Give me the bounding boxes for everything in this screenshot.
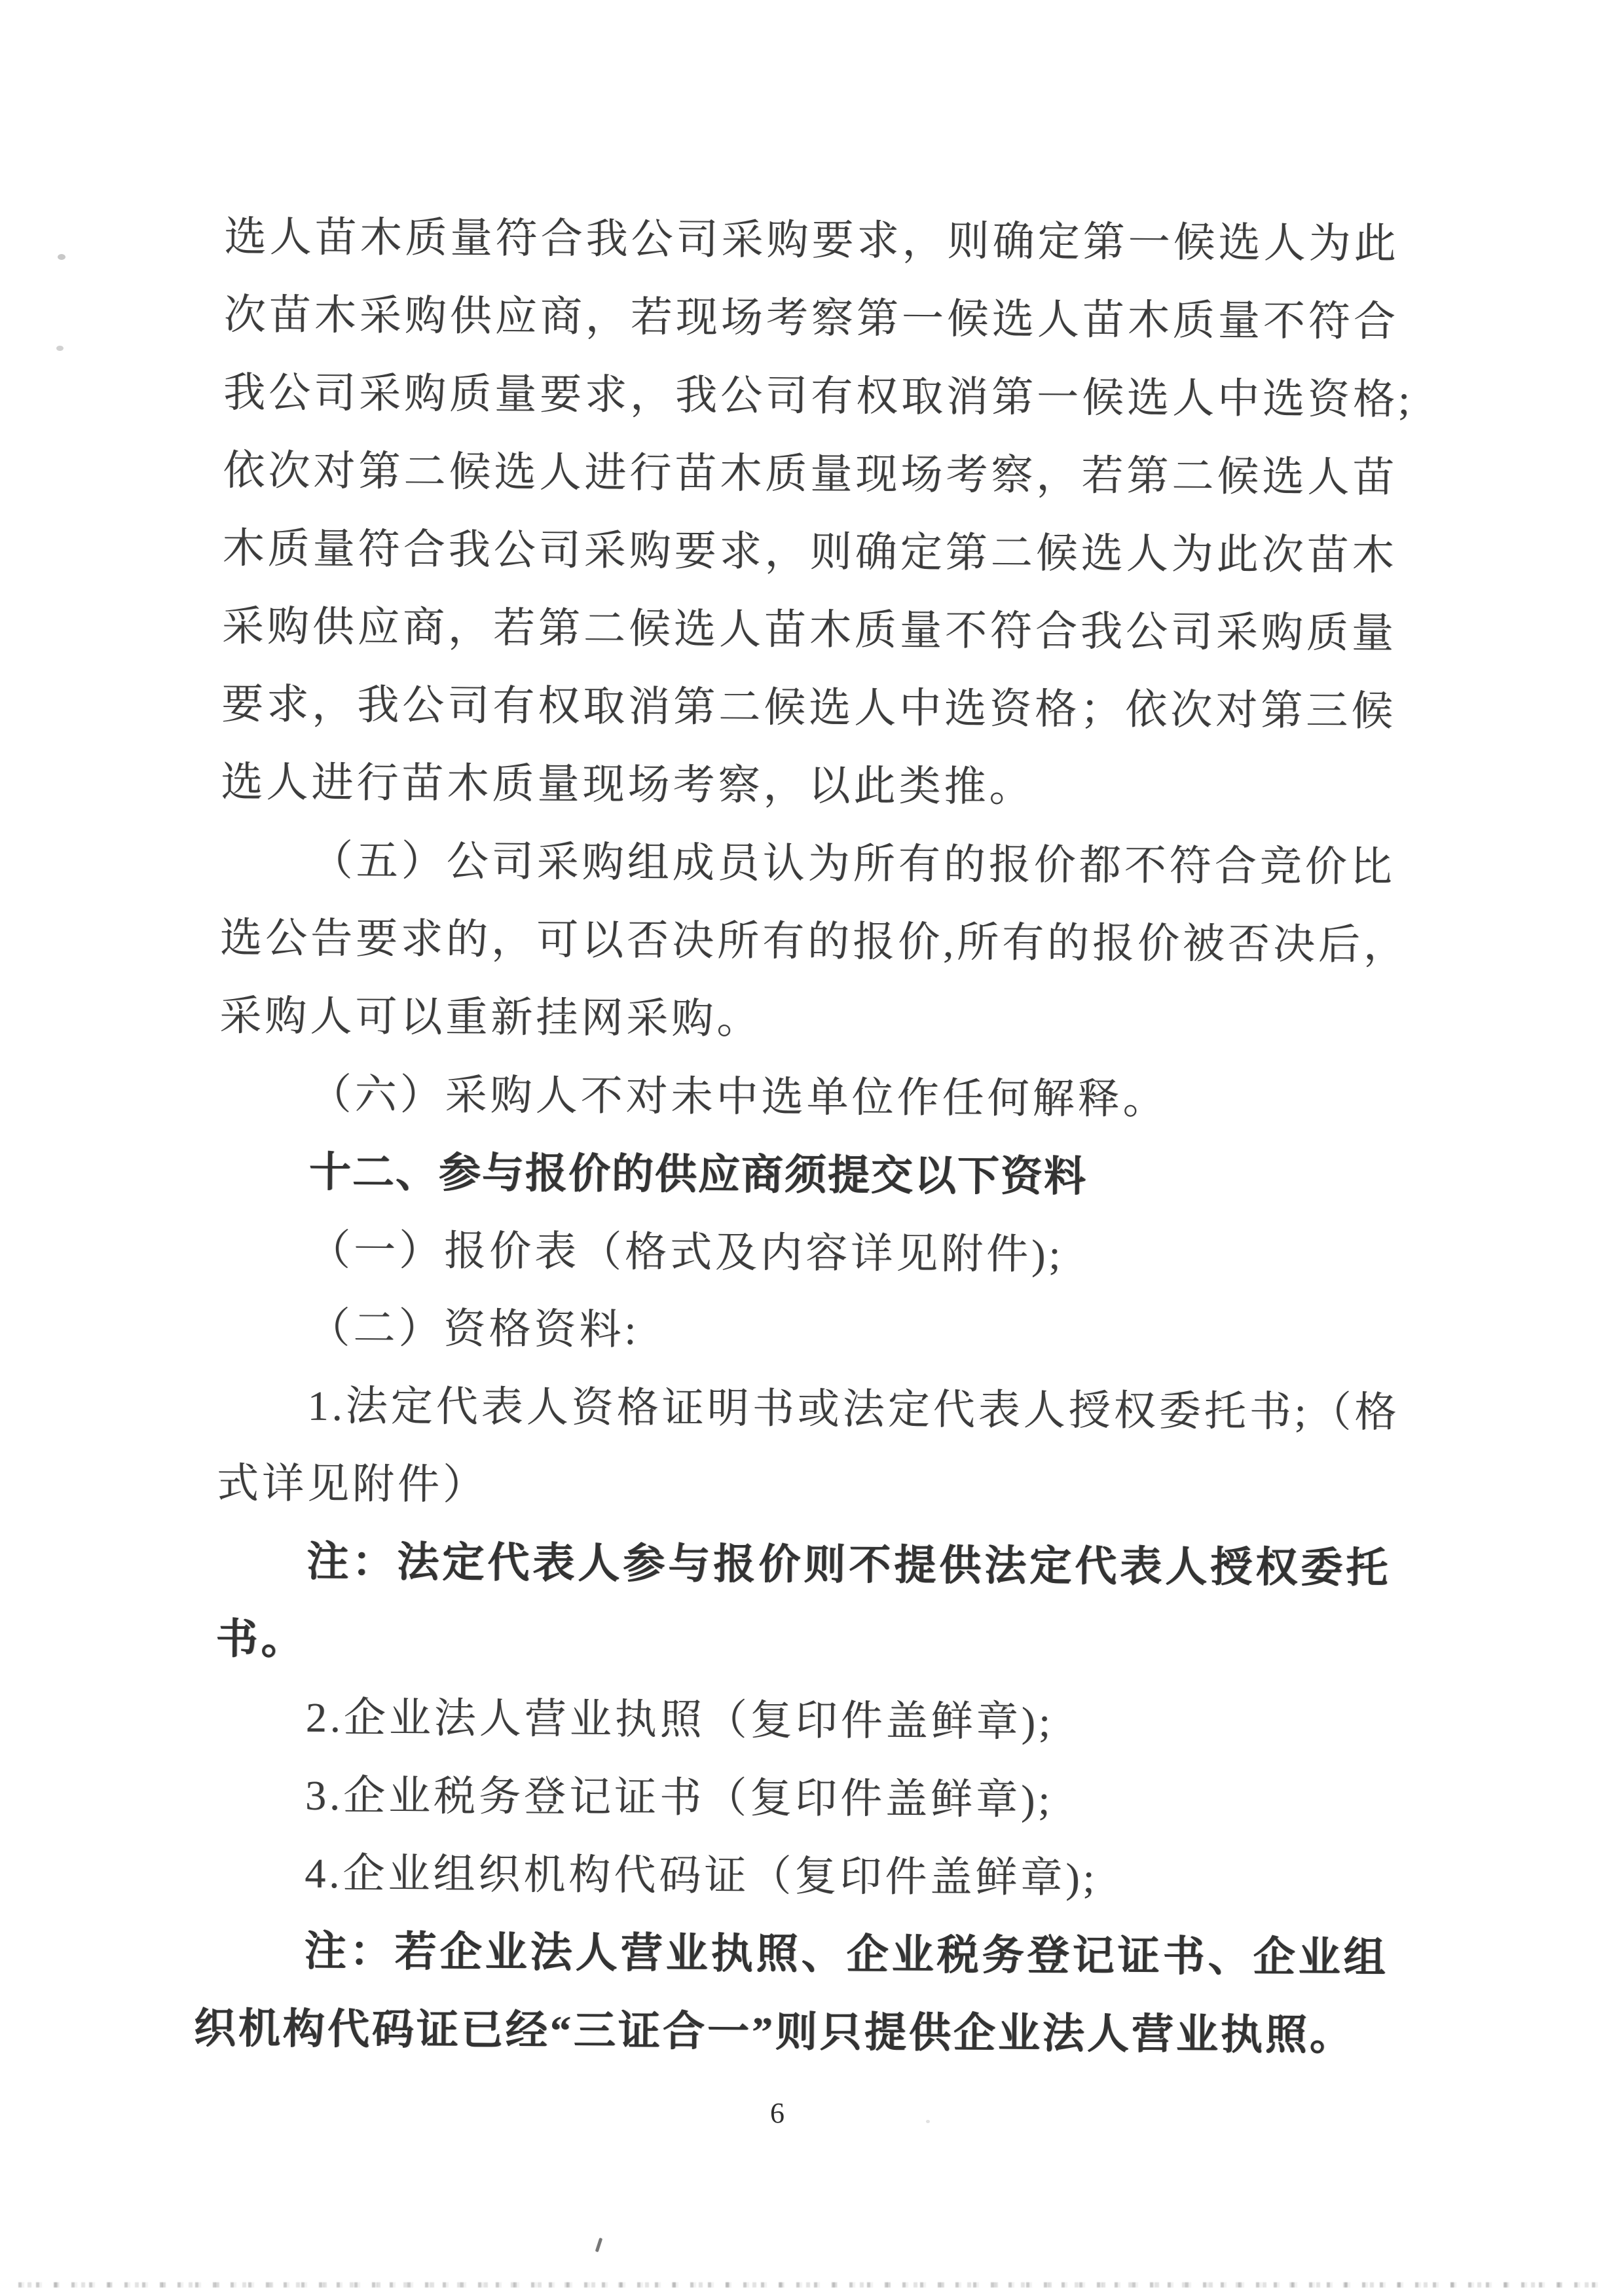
text-line: （二）资格资料: (217, 1288, 1407, 1374)
document-page: 选人苗木质量符合我公司采购要求，则确定第一候选人为此次苗木采购供应商，若现场考察… (0, 0, 1624, 2296)
ink-speck (926, 2120, 930, 2123)
text-line: 织机构代码证已经“三证合一”则只提供企业法人营业执照。 (194, 1990, 1403, 2075)
text-line: 注：法定代表人参与报价则不提供法定代表人授权委托 (216, 1522, 1405, 1607)
text-line: 要求，我公司有权取消第二候选人中选资格；依次对第三候 (221, 665, 1411, 750)
text-line: 注：若企业法人营业执照、企业税务登记证书、企业组 (213, 1912, 1403, 1997)
text-line: 1.法定代表人资格证明书或法定代表人授权委托书;（格 (217, 1366, 1406, 1451)
text-line: 采购人可以重新挂网采购。 (219, 977, 1409, 1062)
text-line: 2.企业法人营业执照（复印件盖鲜章); (215, 1678, 1404, 1763)
text-line: 4.企业组织机构代码证（复印件盖鲜章); (214, 1834, 1403, 1919)
ink-speck (56, 346, 64, 351)
text-line: 式详见附件） (217, 1444, 1406, 1529)
text-line: 选人苗木质量符合我公司采购要求，则确定第一候选人为此 (224, 198, 1413, 283)
text-line: （六）采购人不对未中选单位作任何解释。 (219, 1055, 1408, 1140)
text-line: （一）报价表（格式及内容详见附件); (218, 1211, 1407, 1296)
section-heading-line: 十二、参与报价的供应商须提交以下资料 (219, 1133, 1408, 1218)
text-line: 选人进行苗木质量现场考察，以此类推。 (221, 743, 1410, 828)
text-line: 选公告要求的，可以否决所有的报价,所有的报价被否决后， (220, 899, 1409, 984)
text-line: 3.企业税务登记证书（复印件盖鲜章); (215, 1756, 1404, 1841)
ink-speck (58, 254, 65, 260)
text-line: 依次对第二候选人进行苗木质量现场考察，若第二候选人苗 (223, 431, 1412, 517)
page-number: 6 (770, 2096, 784, 2130)
text-line: 次苗木采购供应商，若现场考察第一候选人苗木质量不符合 (224, 276, 1413, 361)
text-line: （五）公司采购组成员认为所有的报价都不符合竞价比 (220, 821, 1409, 906)
text-line: 书。 (215, 1600, 1405, 1685)
text-line: 木质量符合我公司采购要求，则确定第二候选人为此次苗木 (222, 509, 1411, 594)
text-block: 选人苗木质量符合我公司采购要求，则确定第一候选人为此次苗木采购供应商，若现场考察… (213, 198, 1413, 2075)
ink-speck (595, 2238, 603, 2252)
text-line: 采购供应商，若第二候选人苗木质量不符合我公司采购质量 (222, 587, 1411, 672)
text-line: 我公司采购质量要求，我公司有权取消第一候选人中选资格; (223, 354, 1412, 439)
scan-noise-band (18, 2282, 1608, 2287)
